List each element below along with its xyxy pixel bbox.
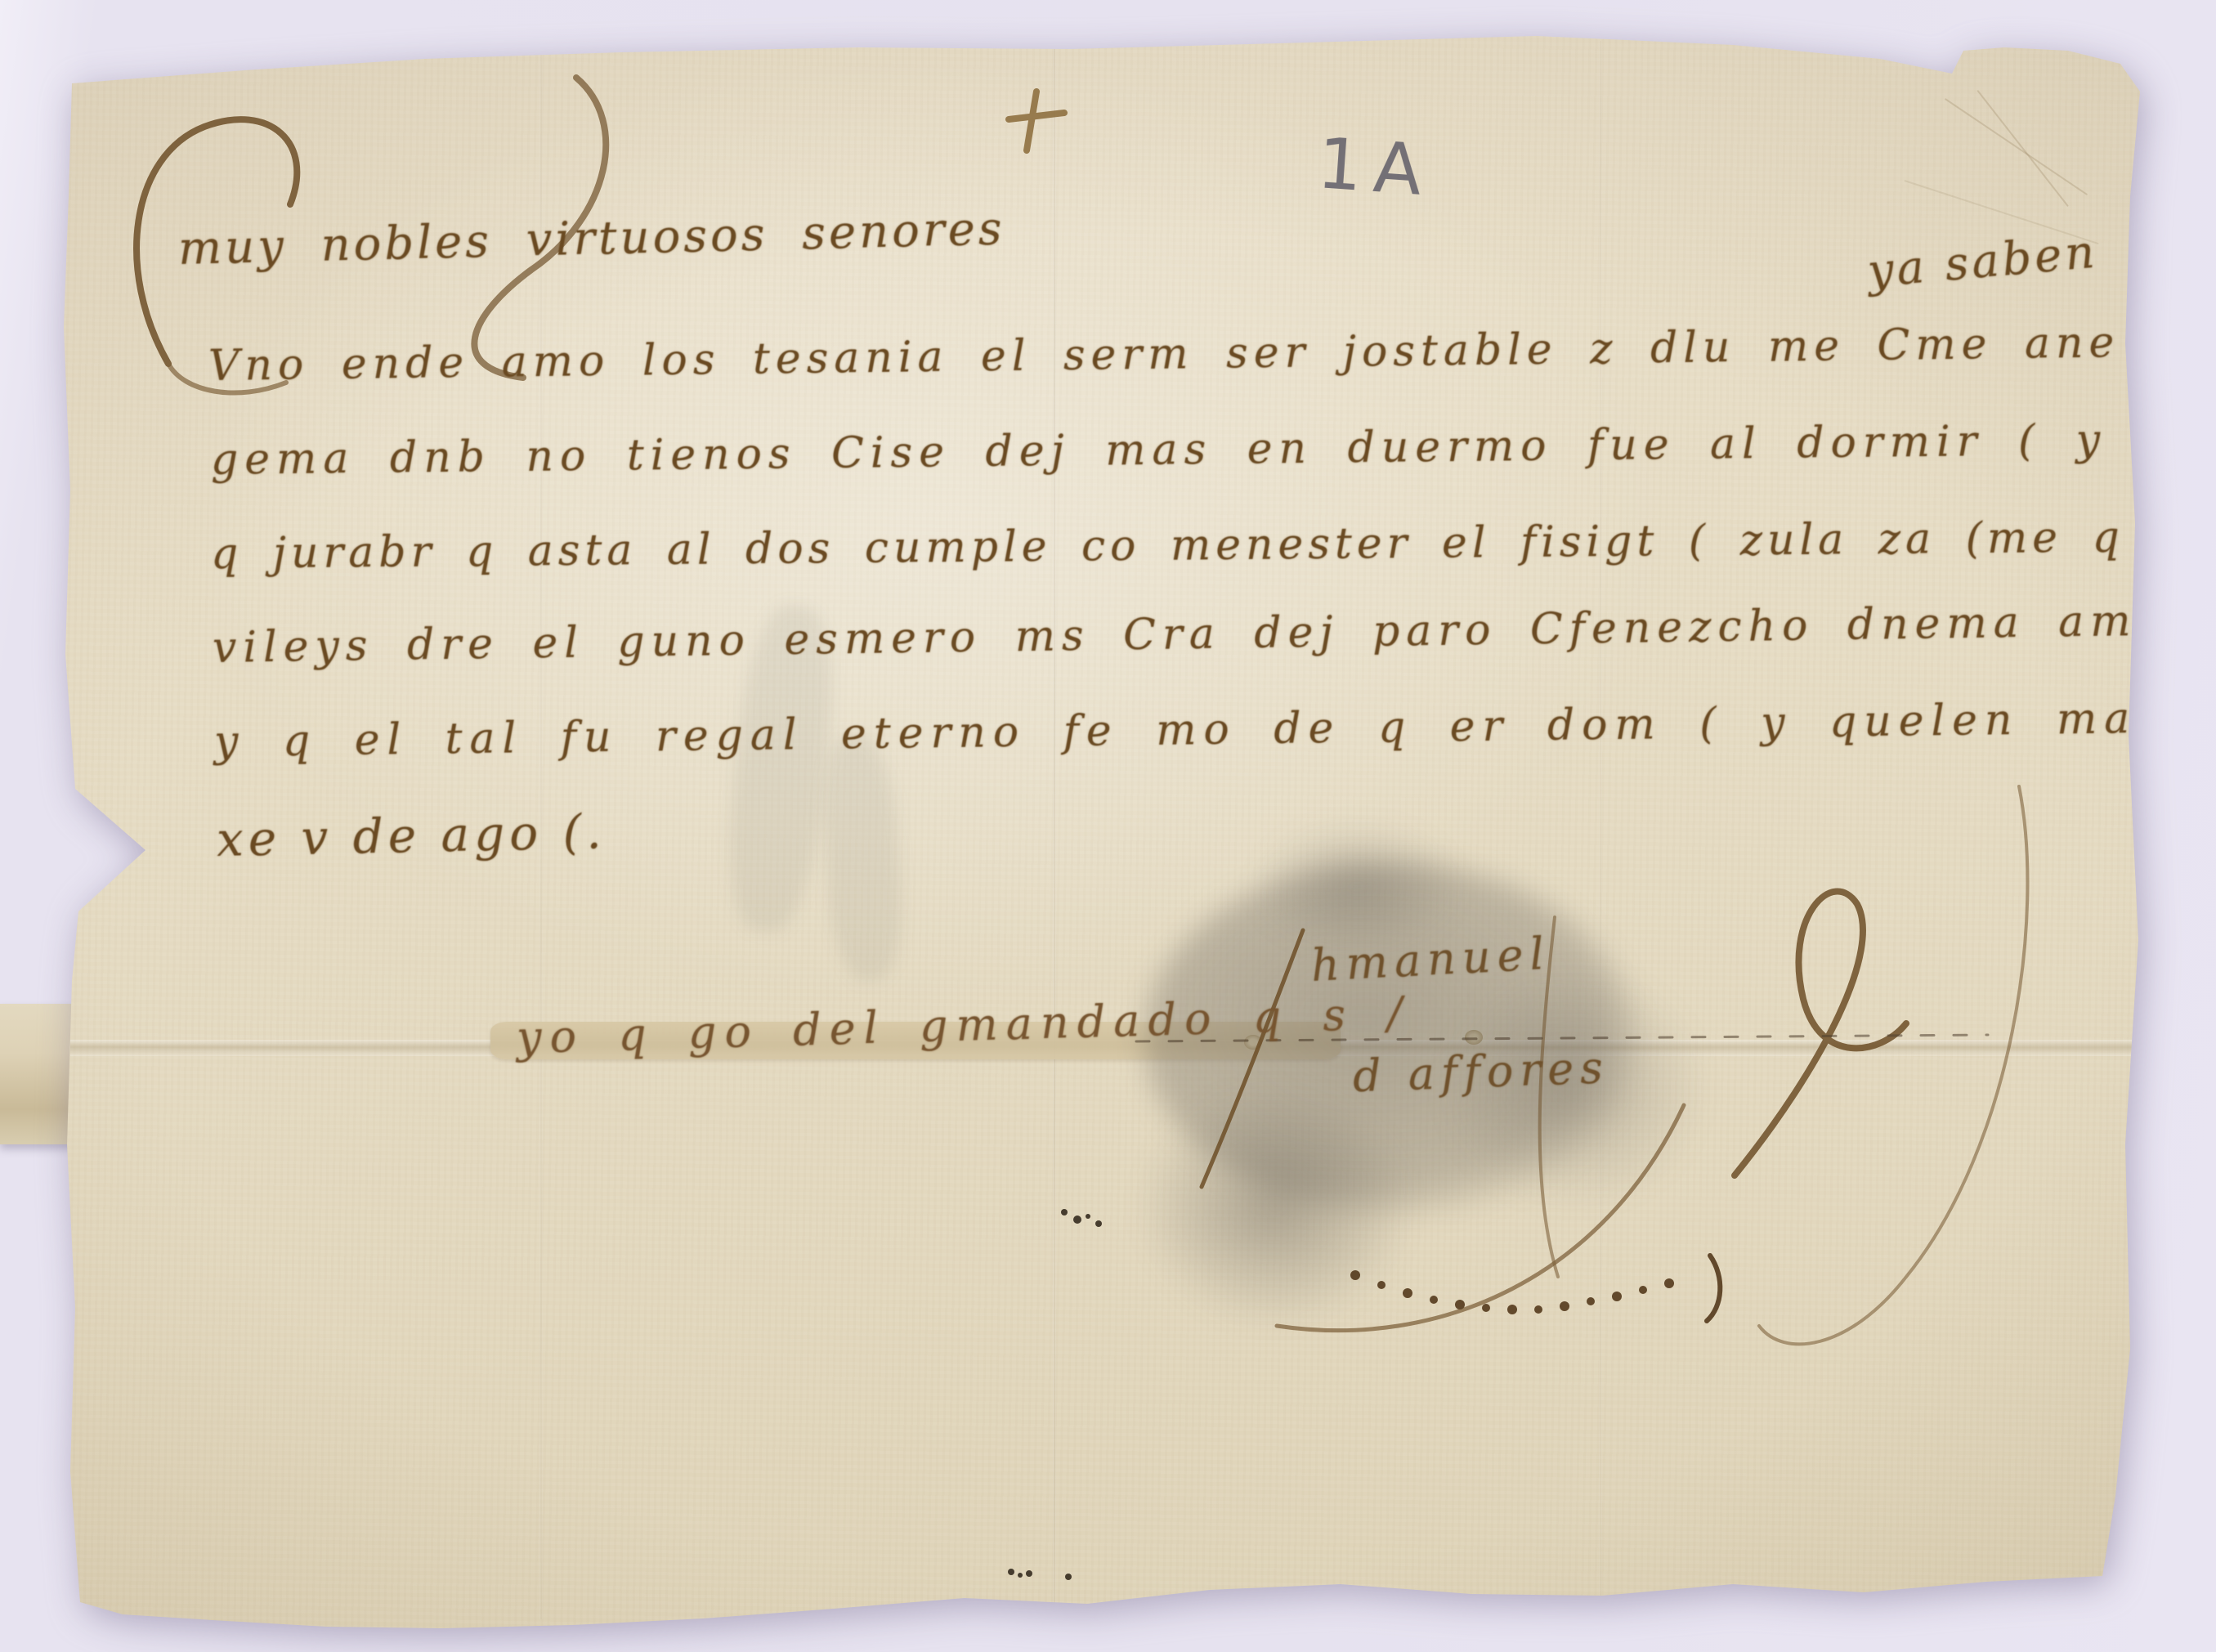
scanned-manuscript-page: 1A muy nobles virtuosos senores ya saben… bbox=[0, 0, 2216, 1652]
ink-showthrough bbox=[817, 733, 908, 983]
pencil-foliation-mark: 1A bbox=[1315, 123, 1436, 213]
dotted-flourish bbox=[1350, 1270, 1674, 1314]
body-line-2: gema dnb no tienos Cise dej mas en duerm… bbox=[211, 415, 2189, 485]
body-line-1: Vno ende amo los tesania el serm ser jos… bbox=[208, 317, 2216, 391]
vertical-fold-crease bbox=[1599, 41, 1602, 1619]
body-line-5: y q el tal fu regal eterno fe mo de q er… bbox=[214, 693, 2216, 767]
paper-wrinkle bbox=[1945, 98, 2088, 195]
vertical-fold-crease bbox=[1053, 41, 1056, 1619]
signature-rubric bbox=[1735, 892, 1906, 1175]
ink-blot bbox=[1251, 822, 1463, 952]
paper-wrinkle bbox=[1976, 90, 2068, 207]
ink-blot bbox=[1140, 1087, 1410, 1324]
body-line-4: vileys dre el guno esmero ms Cra dej par… bbox=[213, 596, 2216, 673]
body-line-3: q jurabr q asta al dos cumple co meneste… bbox=[211, 513, 2124, 579]
dotted-flourish-end bbox=[1707, 1256, 1720, 1321]
manuscript-paper-wrap: 1A muy nobles virtuosos senores ya saben… bbox=[0, 0, 2216, 1652]
manuscript-paper: 1A muy nobles virtuosos senores ya saben… bbox=[0, 0, 2216, 1652]
signature-line-2: d affores bbox=[1352, 1041, 1610, 1102]
top-right-note: ya saben bbox=[1865, 226, 2100, 298]
salutation-line: muy nobles virtuosos senores bbox=[177, 202, 1005, 275]
closing-line: xe v de ago (. bbox=[216, 804, 607, 867]
